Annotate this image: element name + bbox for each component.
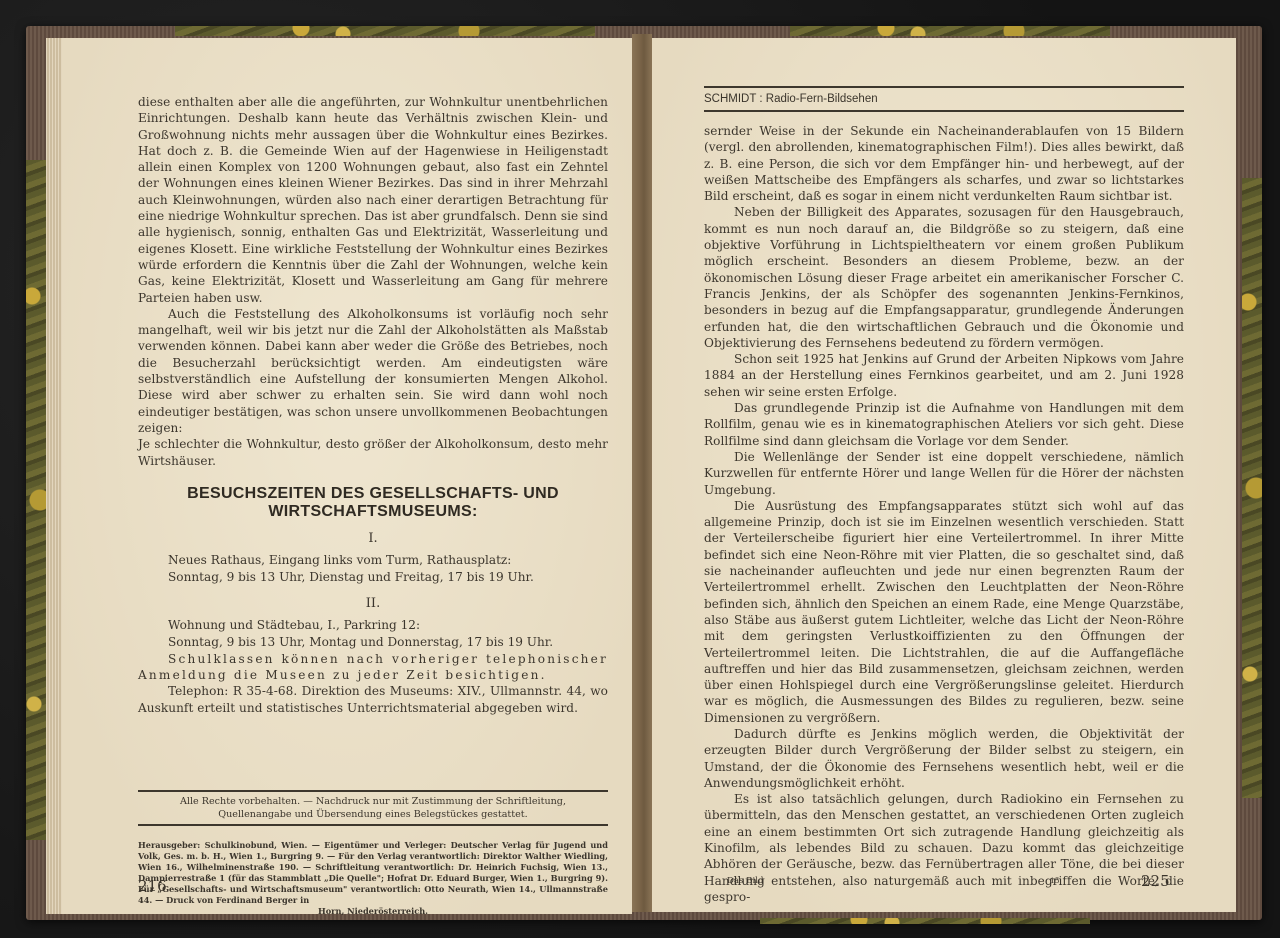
marbled-edge <box>175 26 595 36</box>
paragraph: Auch die Feststellung des Alkoholkonsums… <box>138 306 608 436</box>
marbled-edge <box>26 160 46 840</box>
section-title: BESUCHSZEITEN DES GESELLSCHAFTS- UND WIR… <box>138 485 608 521</box>
book-gutter <box>632 34 652 912</box>
location-hours: Sonntag, 9 bis 13 Uhr, Dienstag und Frei… <box>138 569 608 586</box>
school-note: Schulklassen können nach vorheriger tele… <box>138 651 608 684</box>
page-number: 225 <box>1141 872 1170 890</box>
page-number: 216 <box>138 877 167 895</box>
right-page: SCHMIDT : Radio-Fern-Bildsehen sernder W… <box>652 38 1236 912</box>
imprint: Herausgeber: Schulkinobund, Wien. — Eige… <box>138 840 608 917</box>
location-numeral: I. <box>138 531 608 546</box>
paragraph: sernder Weise in der Sekunde ein Nachein… <box>704 123 1184 204</box>
location-numeral: II. <box>138 596 608 611</box>
marbled-edge <box>1242 178 1262 798</box>
paragraph: Das grundlegende Prinzip ist die Aufnahm… <box>704 400 1184 449</box>
location-address: Neues Rathaus, Eingang links vom Turm, R… <box>138 552 608 569</box>
paragraph: Schon seit 1925 hat Jenkins auf Grund de… <box>704 351 1184 400</box>
contact-info: Telephon: R 35-4-68. Direktion des Museu… <box>138 683 608 716</box>
signature-mark: Das Bild <box>727 876 763 886</box>
rights-notice: Alle Rechte vorbehalten. — Nachdruck nur… <box>138 790 608 826</box>
emphasis-sentence: Je schlechter die Wohnkultur, desto größ… <box>138 436 608 469</box>
paragraph: Die Ausrüstung des Empfangsapparates stü… <box>704 498 1184 726</box>
rights-line: Alle Rechte vorbehalten. — Nachdruck nur… <box>180 796 566 807</box>
imprint-text: Herausgeber: Schulkinobund, Wien. — Eige… <box>138 840 608 905</box>
running-head: SCHMIDT : Radio-Fern-Bildsehen <box>704 86 1184 112</box>
page-footer: Das Bild 15 225 <box>652 872 1236 892</box>
paragraph: Neben der Billigkeit des Apparates, sozu… <box>704 204 1184 351</box>
location-address: Wohnung und Städtebau, I., Parkring 12: <box>138 617 608 634</box>
paragraph: Die Wellenlänge der Sender ist eine dopp… <box>704 449 1184 498</box>
right-page-content: SCHMIDT : Radio-Fern-Bildsehen sernder W… <box>704 86 1184 905</box>
left-page: diese enthalten aber alle die angeführte… <box>62 38 632 914</box>
left-page-content: diese enthalten aber alle die angeführte… <box>138 94 608 917</box>
sheet-number: 15 <box>1050 876 1060 885</box>
imprint-text: Horn, Niederösterreich. <box>138 906 608 917</box>
paragraph: diese enthalten aber alle die angeführte… <box>138 94 608 306</box>
rights-line: Quellenangabe und Übersendung eines Bele… <box>218 809 527 820</box>
marbled-edge <box>760 918 1090 924</box>
section-title-line: WIRTSCHAFTSMUSEUMS: <box>268 503 477 520</box>
marbled-edge <box>790 26 1110 36</box>
section-title-line: BESUCHSZEITEN DES GESELLSCHAFTS- UND <box>187 485 559 502</box>
paragraph: Dadurch dürfte es Jenkins möglich werden… <box>704 726 1184 791</box>
location-hours: Sonntag, 9 bis 13 Uhr, Montag und Donner… <box>138 634 608 651</box>
